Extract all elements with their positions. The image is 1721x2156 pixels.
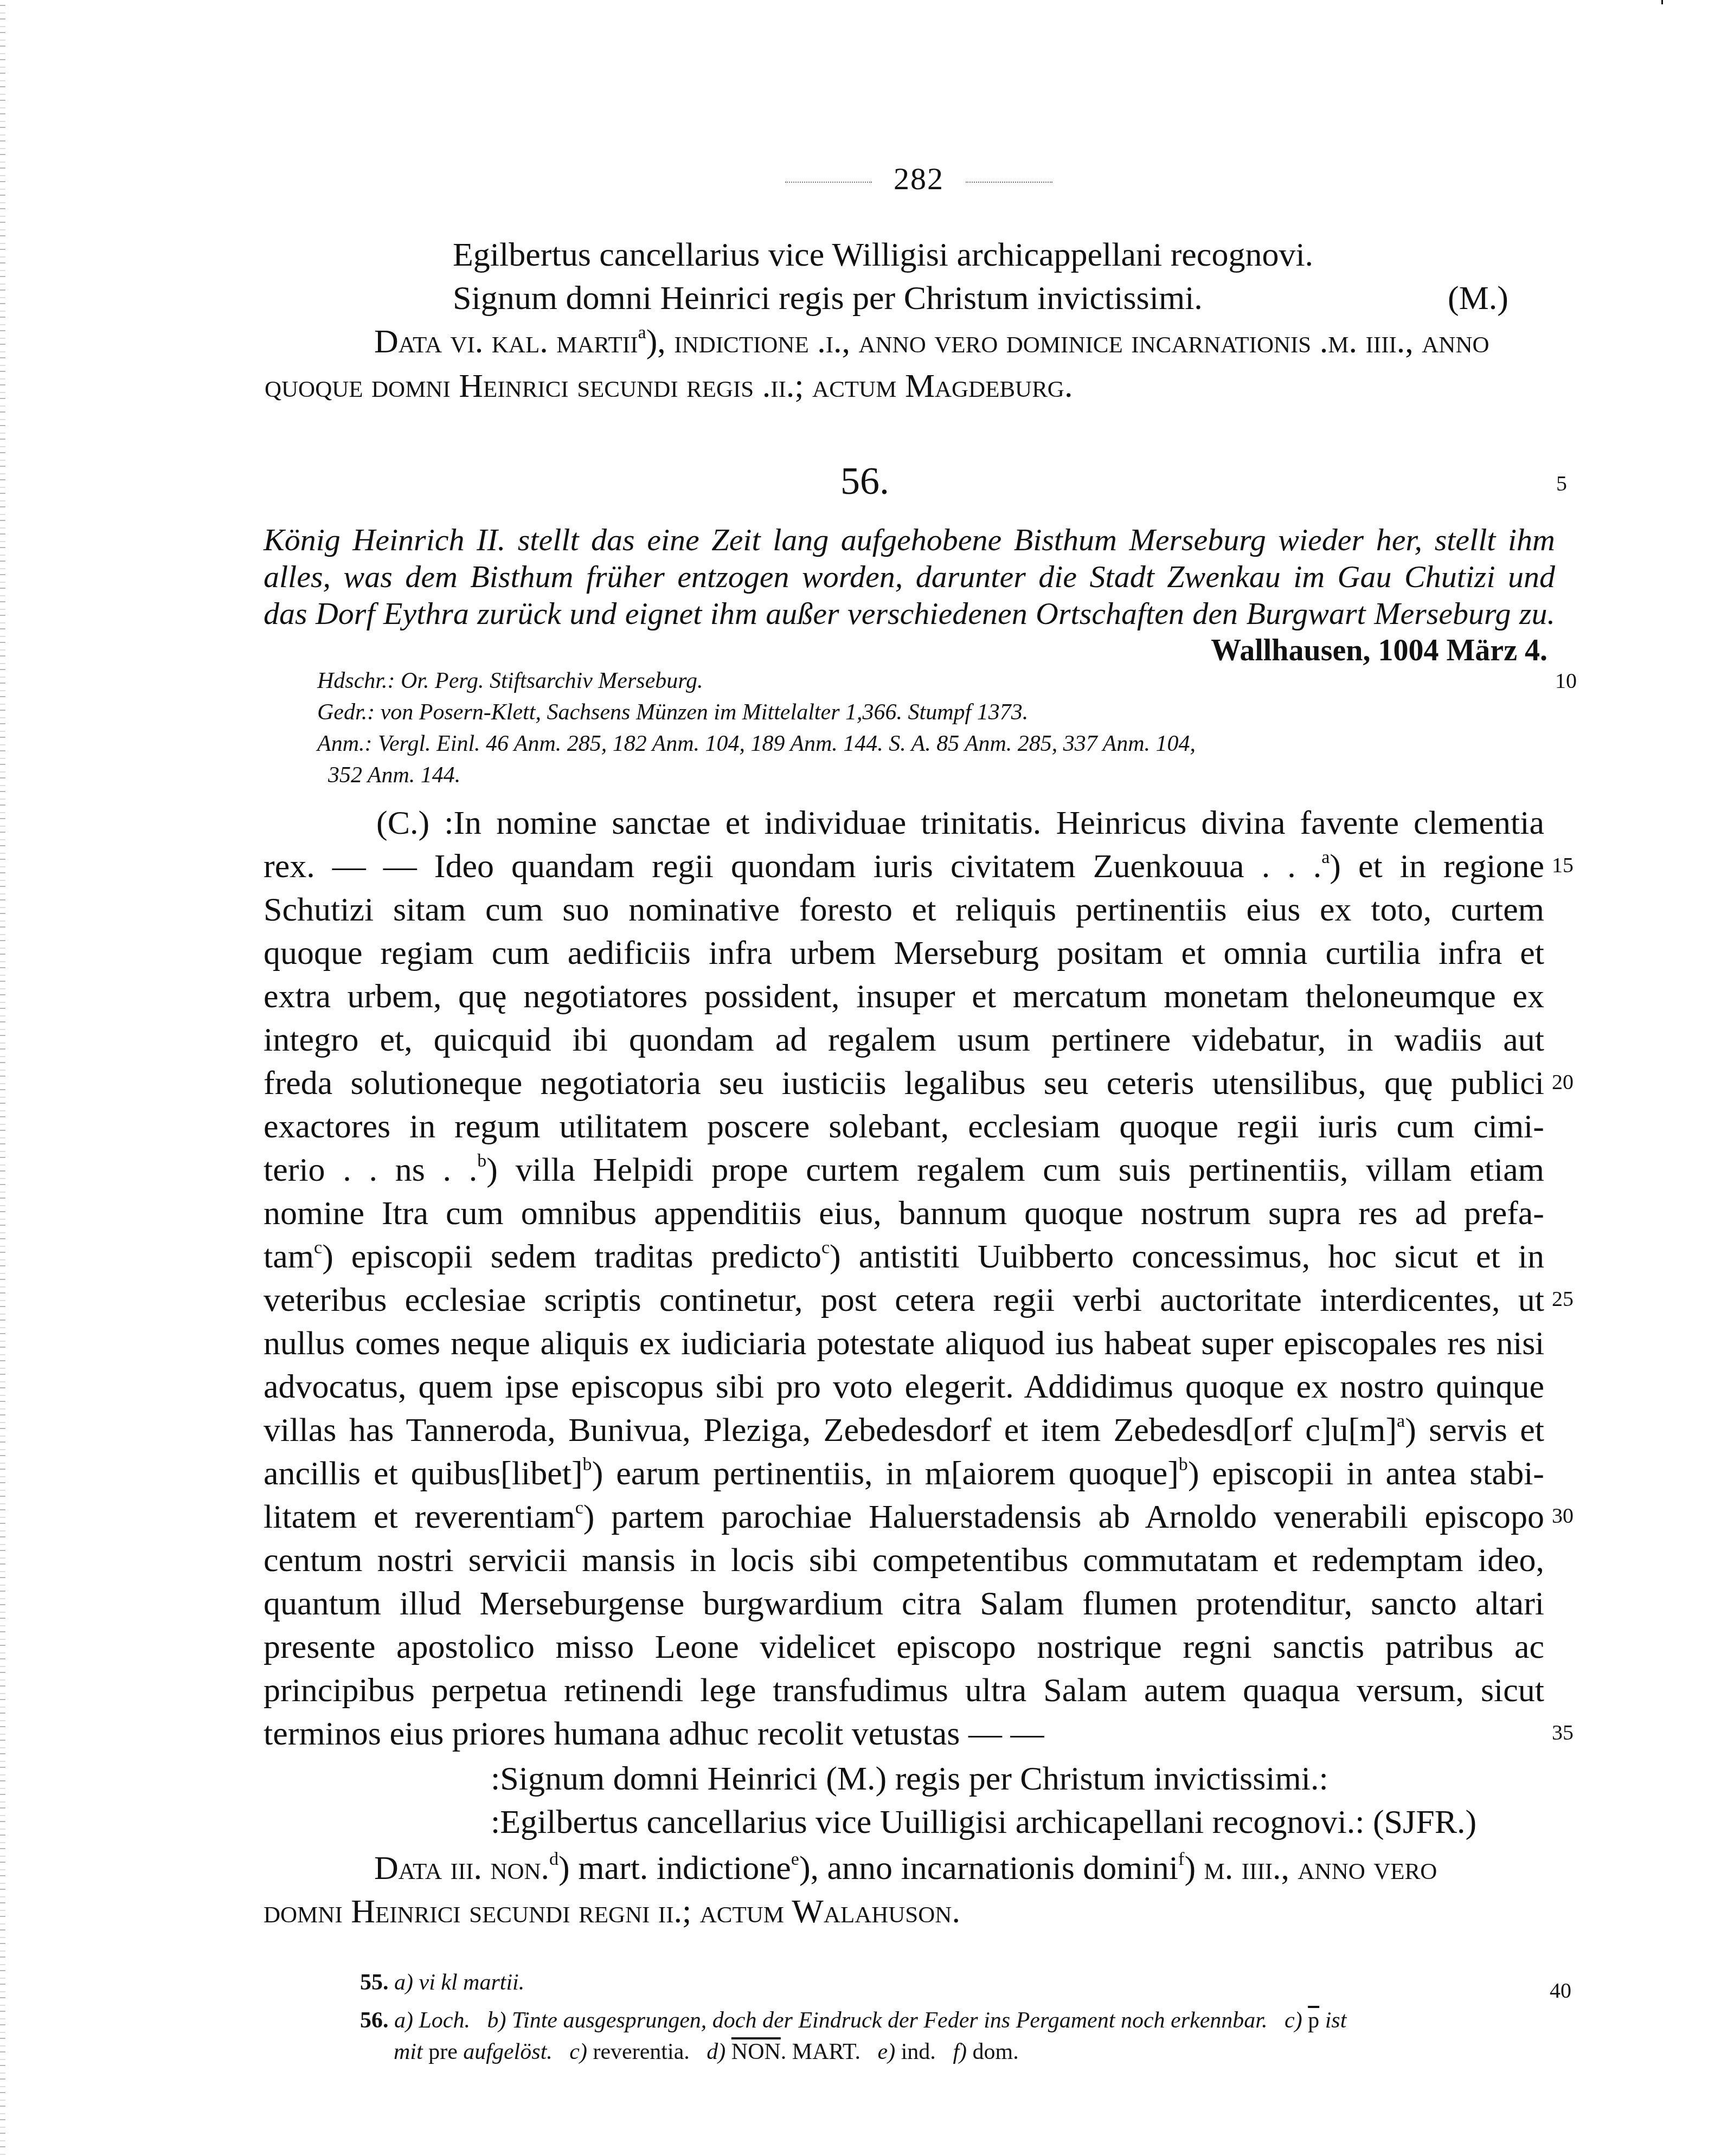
text-line-4: quoque regiam cum aedificiis infra urbem…: [264, 931, 1544, 975]
footnote-e-label: e): [878, 2039, 896, 2064]
chrismon-mark: (C.): [376, 805, 429, 841]
line-number-15: 15: [1552, 852, 1574, 878]
footnote-c-text: ist: [1325, 2008, 1347, 2033]
footnote-ref-b: b: [583, 1455, 592, 1475]
text-segment: ) earum pertinentiis, in m[aiorem quoque…: [592, 1455, 1179, 1492]
scan-edge-artifact: [0, 0, 5, 2156]
signum-line: :Signum domni Heinrici (M.) regis per Ch…: [491, 1760, 1328, 1798]
footnote-ref-b: b: [477, 1151, 486, 1171]
text-segment: ) antistiti Uuibberto concessimus, hoc s…: [830, 1238, 1544, 1275]
footnote-ref-c: c: [575, 1498, 583, 1518]
line-number-30: 30: [1552, 1503, 1574, 1528]
text-segment: villas has Tanneroda, Bunivua, Pleziga, …: [264, 1412, 1397, 1449]
text-segment: ), anno incarnationis domini: [799, 1850, 1178, 1887]
text-segment: Data iii. non.: [374, 1850, 549, 1887]
prev-data-line-2: quoque domni Heinrici secundi regis .ii.…: [265, 364, 1073, 408]
prev-monogram-mark: (M.): [1448, 276, 1508, 320]
footnote-d-text: . MART.: [781, 2039, 860, 2064]
footnote-text: a) vi kl martii.: [394, 1970, 524, 1995]
text-line-7: freda solutioneque negotiatoria seu iust…: [264, 1061, 1544, 1105]
footnote-f-label: f): [953, 2039, 967, 2064]
footnote-b: b) Tinte ausgesprungen, doch der Eindruc…: [487, 2008, 1268, 2033]
page-number: 282: [894, 161, 944, 196]
regest-line-3: das Dorf Eythra zurück und eignet ihm au…: [264, 595, 1555, 632]
text-segment: domni Heinrici secundi regni ii.; actum …: [264, 1893, 960, 1930]
text-line-12: veteribus ecclesiae scriptis continetur,…: [264, 1278, 1544, 1322]
footnote-c-text: aufgelöst.: [463, 2039, 553, 2064]
regest-line-2: alles, was dem Bisthum früher entzogen w…: [264, 558, 1555, 595]
text-line-9: terio . . ns . .b) villa Helpidi prope c…: [264, 1148, 1544, 1192]
prev-data-text: Data vi. kal. martii: [374, 323, 638, 360]
text-line-14: advocatus, quem ipse episcopus sibi pro …: [264, 1365, 1544, 1408]
text-line-3: Schutizi sitam cum suo nominative forest…: [264, 888, 1544, 931]
text-line-10: nomine Itra cum omnibus appenditiis eius…: [264, 1192, 1544, 1235]
header-rule-left: [785, 182, 872, 183]
regest: König Heinrich II. stellt das eine Zeit …: [264, 522, 1555, 632]
footnote-c2-text: reverentia.: [593, 2039, 689, 2064]
text-line-5: extra urbem, quę negotiatores possident,…: [264, 975, 1544, 1018]
footnote-ref-a: a: [1321, 847, 1330, 867]
text-line-13: nullus comes neque aliquis ex iudiciaria…: [264, 1322, 1544, 1365]
apparatus-hdschr: Hdschr.: Or. Perg. Stiftsarchiv Mersebur…: [317, 666, 703, 696]
header-rule-right: [966, 182, 1052, 183]
text-line-15: villas has Tanneroda, Bunivua, Pleziga, …: [264, 1408, 1544, 1452]
text-line-6: integro et, quicquid ibi quondam ad rega…: [264, 1018, 1544, 1061]
text-segment: ancillis et quibus[libet]: [264, 1455, 583, 1492]
text-segment: ) partem parochiae Haluerstadensis ab Ar…: [583, 1498, 1544, 1535]
line-number-35: 35: [1552, 1720, 1574, 1745]
footnote-a: a) Loch.: [394, 2008, 470, 2033]
footnote-ref-d: d: [549, 1849, 558, 1869]
place-date: Wallhausen, 1004 März 4.: [1211, 633, 1547, 668]
text-segment: ) mart. indictione: [558, 1850, 791, 1887]
text-segment: litatem et reverentiam: [264, 1498, 575, 1535]
apparatus-anm: Anm.: Vergl. Einl. 46 Anm. 285, 182 Anm.…: [317, 729, 1196, 759]
text-segment: tam: [264, 1238, 314, 1275]
charter-text: (C.) :In nomine sanctae et individuae tr…: [264, 801, 1544, 1755]
text-line-16: ancillis et quibus[libet]b) earum pertin…: [264, 1452, 1544, 1495]
footnote-c-text: mit: [394, 2039, 423, 2064]
page-header: 282: [763, 160, 1074, 197]
footnote-d-abbrev: NON: [731, 2039, 781, 2064]
footnote-d-label: d): [707, 2039, 725, 2064]
footnote-55: 55. a) vi kl martii.: [360, 1967, 524, 1998]
footnote-56: 56. a) Loch. b) Tinte ausgesprungen, doc…: [360, 2005, 1346, 2036]
apparatus-anm-cont: 352 Anm. 144.: [328, 760, 460, 790]
footnote-ref-b: b: [1179, 1455, 1188, 1475]
line-number-5: 5: [1556, 471, 1567, 496]
footnote-c2-label: c): [569, 2039, 587, 2064]
data-line: Data iii. non.d) mart. indictionee), ann…: [374, 1846, 1437, 1890]
text-segment: terio . . ns . .: [264, 1151, 477, 1188]
text-line-17: litatem et reverentiamc) partem parochia…: [264, 1495, 1544, 1539]
regest-line-1: König Heinrich II. stellt das eine Zeit …: [264, 522, 1555, 558]
footnote-f-text: dom.: [973, 2039, 1019, 2064]
footnote-ref-c: c: [821, 1238, 830, 1258]
line-number-20: 20: [1552, 1069, 1574, 1095]
prev-signum-line: Signum domni Heinrici regis per Christum…: [453, 276, 1203, 320]
recognitio-line: :Egilbertus cancellarius vice Uuilligisi…: [491, 1803, 1476, 1842]
footnote-ref-f: f: [1178, 1849, 1184, 1869]
text-segment: rex. — — Ideo quandam regii quondam iuri…: [264, 848, 1321, 885]
text-segment: ) villa Helpidi prope curtem regalem cum…: [486, 1151, 1544, 1188]
apparatus-gedr: Gedr.: von Posern-Klett, Sachsens Münzen…: [317, 697, 1028, 728]
footnote-56-cont: mit pre aufgelöst. c) reverentia. d) NON…: [394, 2036, 1019, 2068]
footnote-number: 55.: [360, 1970, 389, 1995]
footnote-e-text: ind.: [901, 2039, 936, 2064]
text-segment: ) et in regione: [1330, 848, 1544, 885]
data-line-2: domni Heinrici secundi regni ii.; actum …: [264, 1890, 960, 1933]
text-line-20: presente apostolico misso Leone videlice…: [264, 1625, 1544, 1669]
text-line-22: terminos eius priores humana adhuc recol…: [264, 1712, 1544, 1755]
text-segment: ) episcopii sedem traditas predicto: [322, 1238, 821, 1275]
text-line-2: rex. — — Ideo quandam regii quondam iuri…: [264, 845, 1544, 888]
line-number-10: 10: [1555, 668, 1577, 693]
abbreviated-p: p: [1308, 2008, 1319, 2033]
footnote-c-label: c): [1285, 2008, 1302, 2033]
scan-tick-mark: [1661, 0, 1663, 4]
text-line-18: centum nostri servicii mansis in locis s…: [264, 1539, 1544, 1582]
footnote-ref-a: a: [1397, 1411, 1405, 1431]
document-number: 56.: [840, 459, 889, 504]
footnote-ref-a: a: [638, 323, 646, 343]
prev-recognitio-line: Egilbertus cancellarius vice Willigisi a…: [453, 233, 1313, 276]
prev-data-text-cont: ), indictione .i., anno vero dominice in…: [646, 323, 1489, 360]
text-line-19: quantum illud Merseburgense burgwardium …: [264, 1582, 1544, 1625]
text-segment: ) m. iiii., anno vero: [1184, 1850, 1437, 1887]
text-line-8: exactores in regum utilitatem poscere so…: [264, 1105, 1544, 1148]
text-line-21: principibus perpetua retinendi lege tran…: [264, 1669, 1544, 1712]
text-line-11: tamc) episcopii sedem traditas predictoc…: [264, 1235, 1544, 1278]
invocatio: :In nomine sanctae et individuae trinita…: [444, 805, 1544, 841]
line-number-40: 40: [1550, 1978, 1571, 2003]
prev-data-text-2: quoque domni Heinrici secundi regis .ii.…: [265, 368, 1073, 404]
footnote-ref-c: c: [314, 1238, 322, 1258]
line-number-25: 25: [1552, 1286, 1574, 1311]
footnote-ref-e: e: [791, 1849, 799, 1869]
prev-data-line: Data vi. kal. martiia), indictione .i., …: [374, 320, 1489, 363]
footnote-number: 56.: [360, 2008, 389, 2033]
text-line-1: (C.) :In nomine sanctae et individuae tr…: [264, 801, 1544, 845]
text-segment: ) servis et: [1405, 1412, 1544, 1449]
text-segment: ) episcopii in antea stabi-: [1188, 1455, 1544, 1492]
footnote-c-term: pre: [428, 2039, 458, 2064]
